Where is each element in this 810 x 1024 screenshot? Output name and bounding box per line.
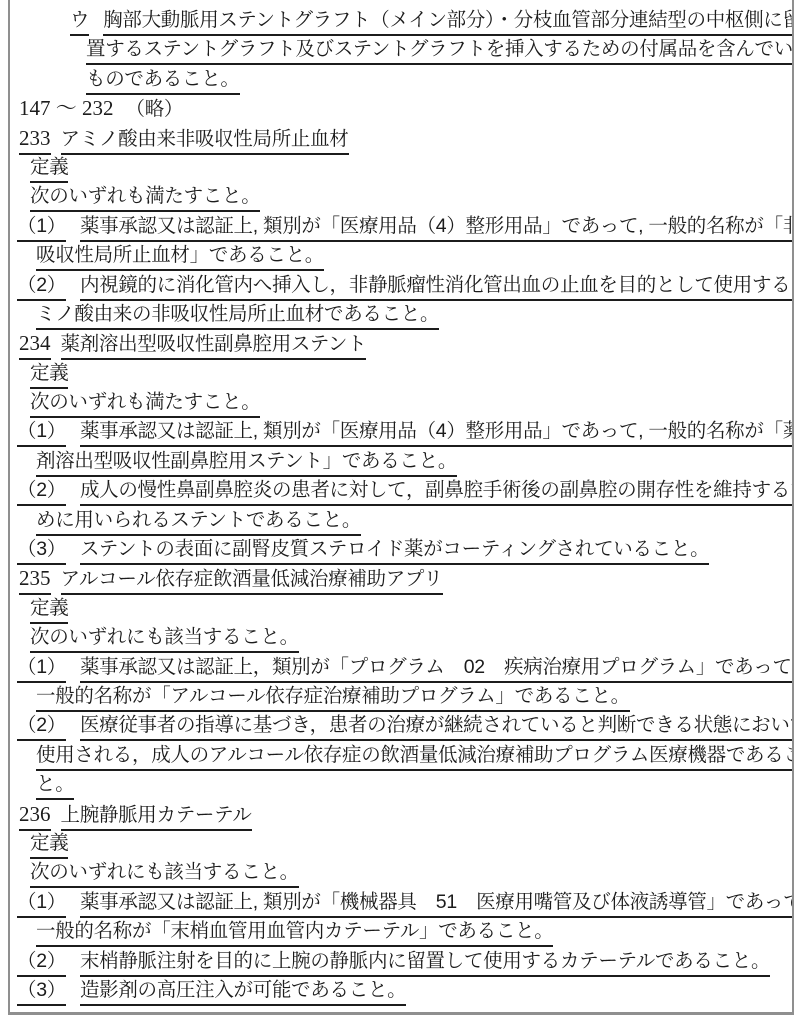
document-line: （1）薬事承認又は認証上, 類別が「医療用品（4）整形用品」であって, 一般的名…: [10, 417, 792, 446]
document-line: 定義: [10, 153, 792, 182]
underlined-text-segment: 薬剤溶出型吸収性副鼻腔用ステント: [61, 333, 367, 360]
document-line: （3）造影剤の高圧注入が可能であること。: [10, 976, 792, 1005]
document-line: めに用いられるステントであること。: [10, 506, 792, 535]
document-line: （2）医療従事者の指導に基づき，患者の治療が継続されていると判断できる状態におい…: [10, 711, 792, 740]
underlined-text-segment: 次のいずれも満たすこと。: [30, 185, 260, 212]
document-line: 使用される，成人のアルコール依存症の飲酒量低減治療補助プログラム医療機器であるこ: [10, 741, 792, 770]
underlined-text-segment: （2）: [17, 714, 66, 741]
underlined-text-segment: （2）: [17, 274, 66, 301]
document-line: （2）成人の慢性鼻副鼻腔炎の患者に対して，副鼻腔手術後の副鼻腔の開存性を維持する…: [10, 476, 792, 505]
underlined-text-segment: 235: [19, 566, 51, 595]
underlined-text-segment: 次のいずれにも該当すること。: [30, 861, 299, 888]
underlined-text-segment: 定義: [30, 597, 68, 624]
document-line: 次のいずれにも該当すること。: [10, 858, 792, 887]
document-line: （2）内視鏡的に消化管内へ挿入し，非静脈瘤性消化管出血の止血を目的として使用する…: [10, 271, 792, 300]
text-segment: 147 ～ 232: [19, 96, 114, 120]
underlined-text-segment: （3）: [17, 538, 66, 565]
underlined-text-segment: 薬事承認又は認証上, 類別が「医療用品（4）整形用品」であって, 一般的名称が「…: [80, 215, 794, 242]
document-line: 235アルコール依存症飲酒量低減治療補助アプリ: [10, 564, 792, 593]
underlined-text-segment: アルコール依存症飲酒量低減治療補助アプリ: [61, 568, 443, 595]
document-line: ミノ酸由来の非吸収性局所止血材であること。: [10, 300, 792, 329]
document-line: 定義: [10, 829, 792, 858]
underlined-text-segment: 一般的名称が「末梢血管用血管内カテーテル」であること。: [36, 920, 553, 947]
underlined-text-segment: ものであること。: [86, 68, 240, 95]
underlined-text-segment: ウ: [70, 9, 89, 36]
underlined-text-segment: 236: [19, 802, 51, 831]
underlined-text-segment: （3）: [17, 979, 66, 1006]
underlined-text-segment: めに用いられるステントであること。: [36, 509, 361, 536]
underlined-text-segment: 成人の慢性鼻副鼻腔炎の患者に対して，副鼻腔手術後の副鼻腔の開存性を維持するた: [80, 479, 794, 506]
underlined-text-segment: 吸収性局所止血材」であること。: [36, 244, 324, 271]
document-line: 次のいずれにも該当すること。: [10, 623, 792, 652]
underlined-text-segment: 剤溶出型吸収性副鼻腔用ステント」であること。: [36, 450, 457, 477]
document-line: 吸収性局所止血材」であること。: [10, 241, 792, 270]
document-line: 233アミノ酸由来非吸収性局所止血材: [10, 124, 792, 153]
document-line: ものであること。: [10, 65, 792, 94]
document-line: （1）薬事承認又は認証上, 類別が「機械器具 51 医療用嘴管及び体液誘導管」で…: [10, 888, 792, 917]
document-line: （1）薬事承認又は認証上，類別が「プログラム 02 疾病治療用プログラム」であっ…: [10, 653, 792, 682]
underlined-text-segment: 薬事承認又は認証上, 類別が「機械器具 51 医療用嘴管及び体液誘導管」であって…: [80, 891, 794, 918]
underlined-text-segment: （1）: [17, 656, 66, 683]
document-line: 次のいずれも満たすこと。: [10, 388, 792, 417]
underlined-text-segment: 233: [19, 126, 51, 155]
underlined-text-segment: ステントの表面に副腎皮質ステロイド薬がコーティングされていること。: [80, 538, 709, 565]
underlined-text-segment: 医療従事者の指導に基づき，患者の治療が継続されていると判断できる状態において: [80, 714, 794, 741]
underlined-text-segment: 上腕静脈用カテーテル: [61, 804, 252, 831]
underlined-text-segment: 定義: [30, 156, 68, 183]
underlined-text-segment: （1）: [17, 891, 66, 918]
underlined-text-segment: （1）: [17, 215, 66, 242]
document-line: 一般的名称が「末梢血管用血管内カテーテル」であること。: [10, 917, 792, 946]
document-line: 定義: [10, 359, 792, 388]
underlined-text-segment: 定義: [30, 832, 68, 859]
document-line: と。: [10, 770, 792, 799]
underlined-text-segment: （2）: [17, 950, 66, 977]
document-line: 147 ～ 232（略）: [10, 94, 792, 123]
underlined-text-segment: 使用される，成人のアルコール依存症の飲酒量低減治療補助プログラム医療機器であるこ: [36, 744, 794, 771]
underlined-text-segment: 次のいずれにも該当すること。: [30, 626, 299, 653]
underlined-text-segment: 薬事承認又は認証上, 類別が「医療用品（4）整形用品」であって, 一般的名称が「…: [80, 420, 794, 447]
document-line: （2）末梢静脈注射を目的に上腕の静脈内に留置して使用するカテーテルであること。: [10, 947, 792, 976]
underlined-text-segment: アミノ酸由来非吸収性局所止血材: [61, 128, 349, 155]
document-line: 236上腕静脈用カテーテル: [10, 800, 792, 829]
document-page: ウ胸部大動脈用ステントグラフト（メイン部分）・分枝血管部分連結型の中枢側に留置す…: [8, 0, 794, 1015]
document-line: （3）ステントの表面に副腎皮質ステロイド薬がコーティングされていること。: [10, 535, 792, 564]
document-line: （1）薬事承認又は認証上, 類別が「医療用品（4）整形用品」であって, 一般的名…: [10, 212, 792, 241]
underlined-text-segment: 次のいずれも満たすこと。: [30, 391, 260, 418]
document-line: 剤溶出型吸収性副鼻腔用ステント」であること。: [10, 447, 792, 476]
underlined-text-segment: 内視鏡的に消化管内へ挿入し，非静脈瘤性消化管出血の止血を目的として使用するア: [80, 274, 794, 301]
document-line: ウ胸部大動脈用ステントグラフト（メイン部分）・分枝血管部分連結型の中枢側に留: [10, 6, 792, 35]
underlined-text-segment: ミノ酸由来の非吸収性局所止血材であること。: [36, 303, 439, 330]
underlined-text-segment: 定義: [30, 362, 68, 389]
underlined-text-segment: 造影剤の高圧注入が可能であること。: [80, 979, 406, 1006]
underlined-text-segment: 末梢静脈注射を目的に上腕の静脈内に留置して使用するカテーテルであること。: [80, 950, 770, 977]
document-line: 定義: [10, 594, 792, 623]
document-line: 234薬剤溶出型吸収性副鼻腔用ステント: [10, 329, 792, 358]
underlined-text-segment: 胸部大動脈用ステントグラフト（メイン部分）・分枝血管部分連結型の中枢側に留: [103, 9, 794, 36]
document-line: 置するステントグラフト及びステントグラフトを挿入するための付属品を含んでいる: [10, 35, 792, 64]
underlined-text-segment: （2）: [17, 479, 66, 506]
underlined-text-segment: 置するステントグラフト及びステントグラフトを挿入するための付属品を含んでいる: [86, 38, 794, 65]
text-segment: （略）: [126, 98, 184, 120]
underlined-text-segment: 薬事承認又は認証上，類別が「プログラム 02 疾病治療用プログラム」であって，: [80, 656, 794, 683]
underlined-text-segment: （1）: [17, 420, 66, 447]
document-line: 次のいずれも満たすこと。: [10, 182, 792, 211]
underlined-text-segment: と。: [36, 773, 74, 800]
underlined-text-segment: 234: [19, 331, 51, 360]
document-line: 一般的名称が「アルコール依存症治療補助プログラム」であること。: [10, 682, 792, 711]
underlined-text-segment: 一般的名称が「アルコール依存症治療補助プログラム」であること。: [36, 685, 630, 712]
